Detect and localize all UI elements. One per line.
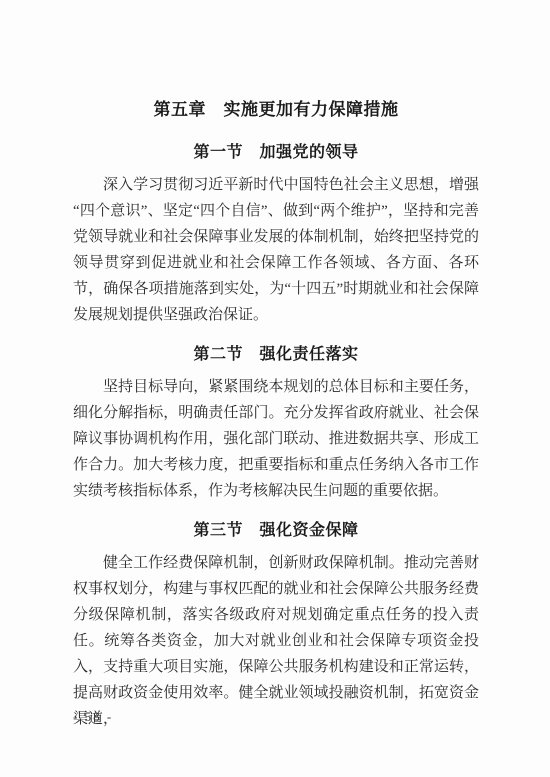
section-2-paragraph: 坚持目标导向，紧紧围绕本规划的总体目标和主要任务，细化分解指标，明确责任部门。充…	[73, 374, 479, 504]
page-content: 第五章 实施更加有力保障措施 第一节 加强党的领导 深入学习贯彻习近平新时代中国…	[73, 100, 479, 732]
chapter-title: 第五章 实施更加有力保障措施	[73, 100, 479, 120]
section-strengthen-responsibility: 第二节 强化责任落实 坚持目标导向，紧紧围绕本规划的总体目标和主要任务，细化分解…	[73, 346, 479, 504]
section-1-paragraph: 深入学习贯彻习近平新时代中国特色社会主义思想，增强“四个意识”、坚定“四个自信”…	[73, 172, 479, 328]
document-page: 第五章 实施更加有力保障措施 第一节 加强党的领导 深入学习贯彻习近平新时代中国…	[0, 0, 550, 777]
section-3-title: 第三节 强化资金保障	[73, 522, 479, 540]
section-2-title: 第二节 强化责任落实	[73, 346, 479, 364]
page-number: - 58 -	[73, 708, 113, 726]
section-1-title: 第一节 加强党的领导	[73, 144, 479, 162]
section-strengthen-party-leadership: 第一节 加强党的领导 深入学习贯彻习近平新时代中国特色社会主义思想，增强“四个意…	[73, 144, 479, 328]
section-strengthen-funding: 第三节 强化资金保障 健全工作经费保障机制，创新财政保障机制。推动完善财权事权划…	[73, 522, 479, 732]
section-3-paragraph: 健全工作经费保障机制，创新财政保障机制。推动完善财权事权划分，构建与事权匹配的就…	[73, 550, 479, 732]
